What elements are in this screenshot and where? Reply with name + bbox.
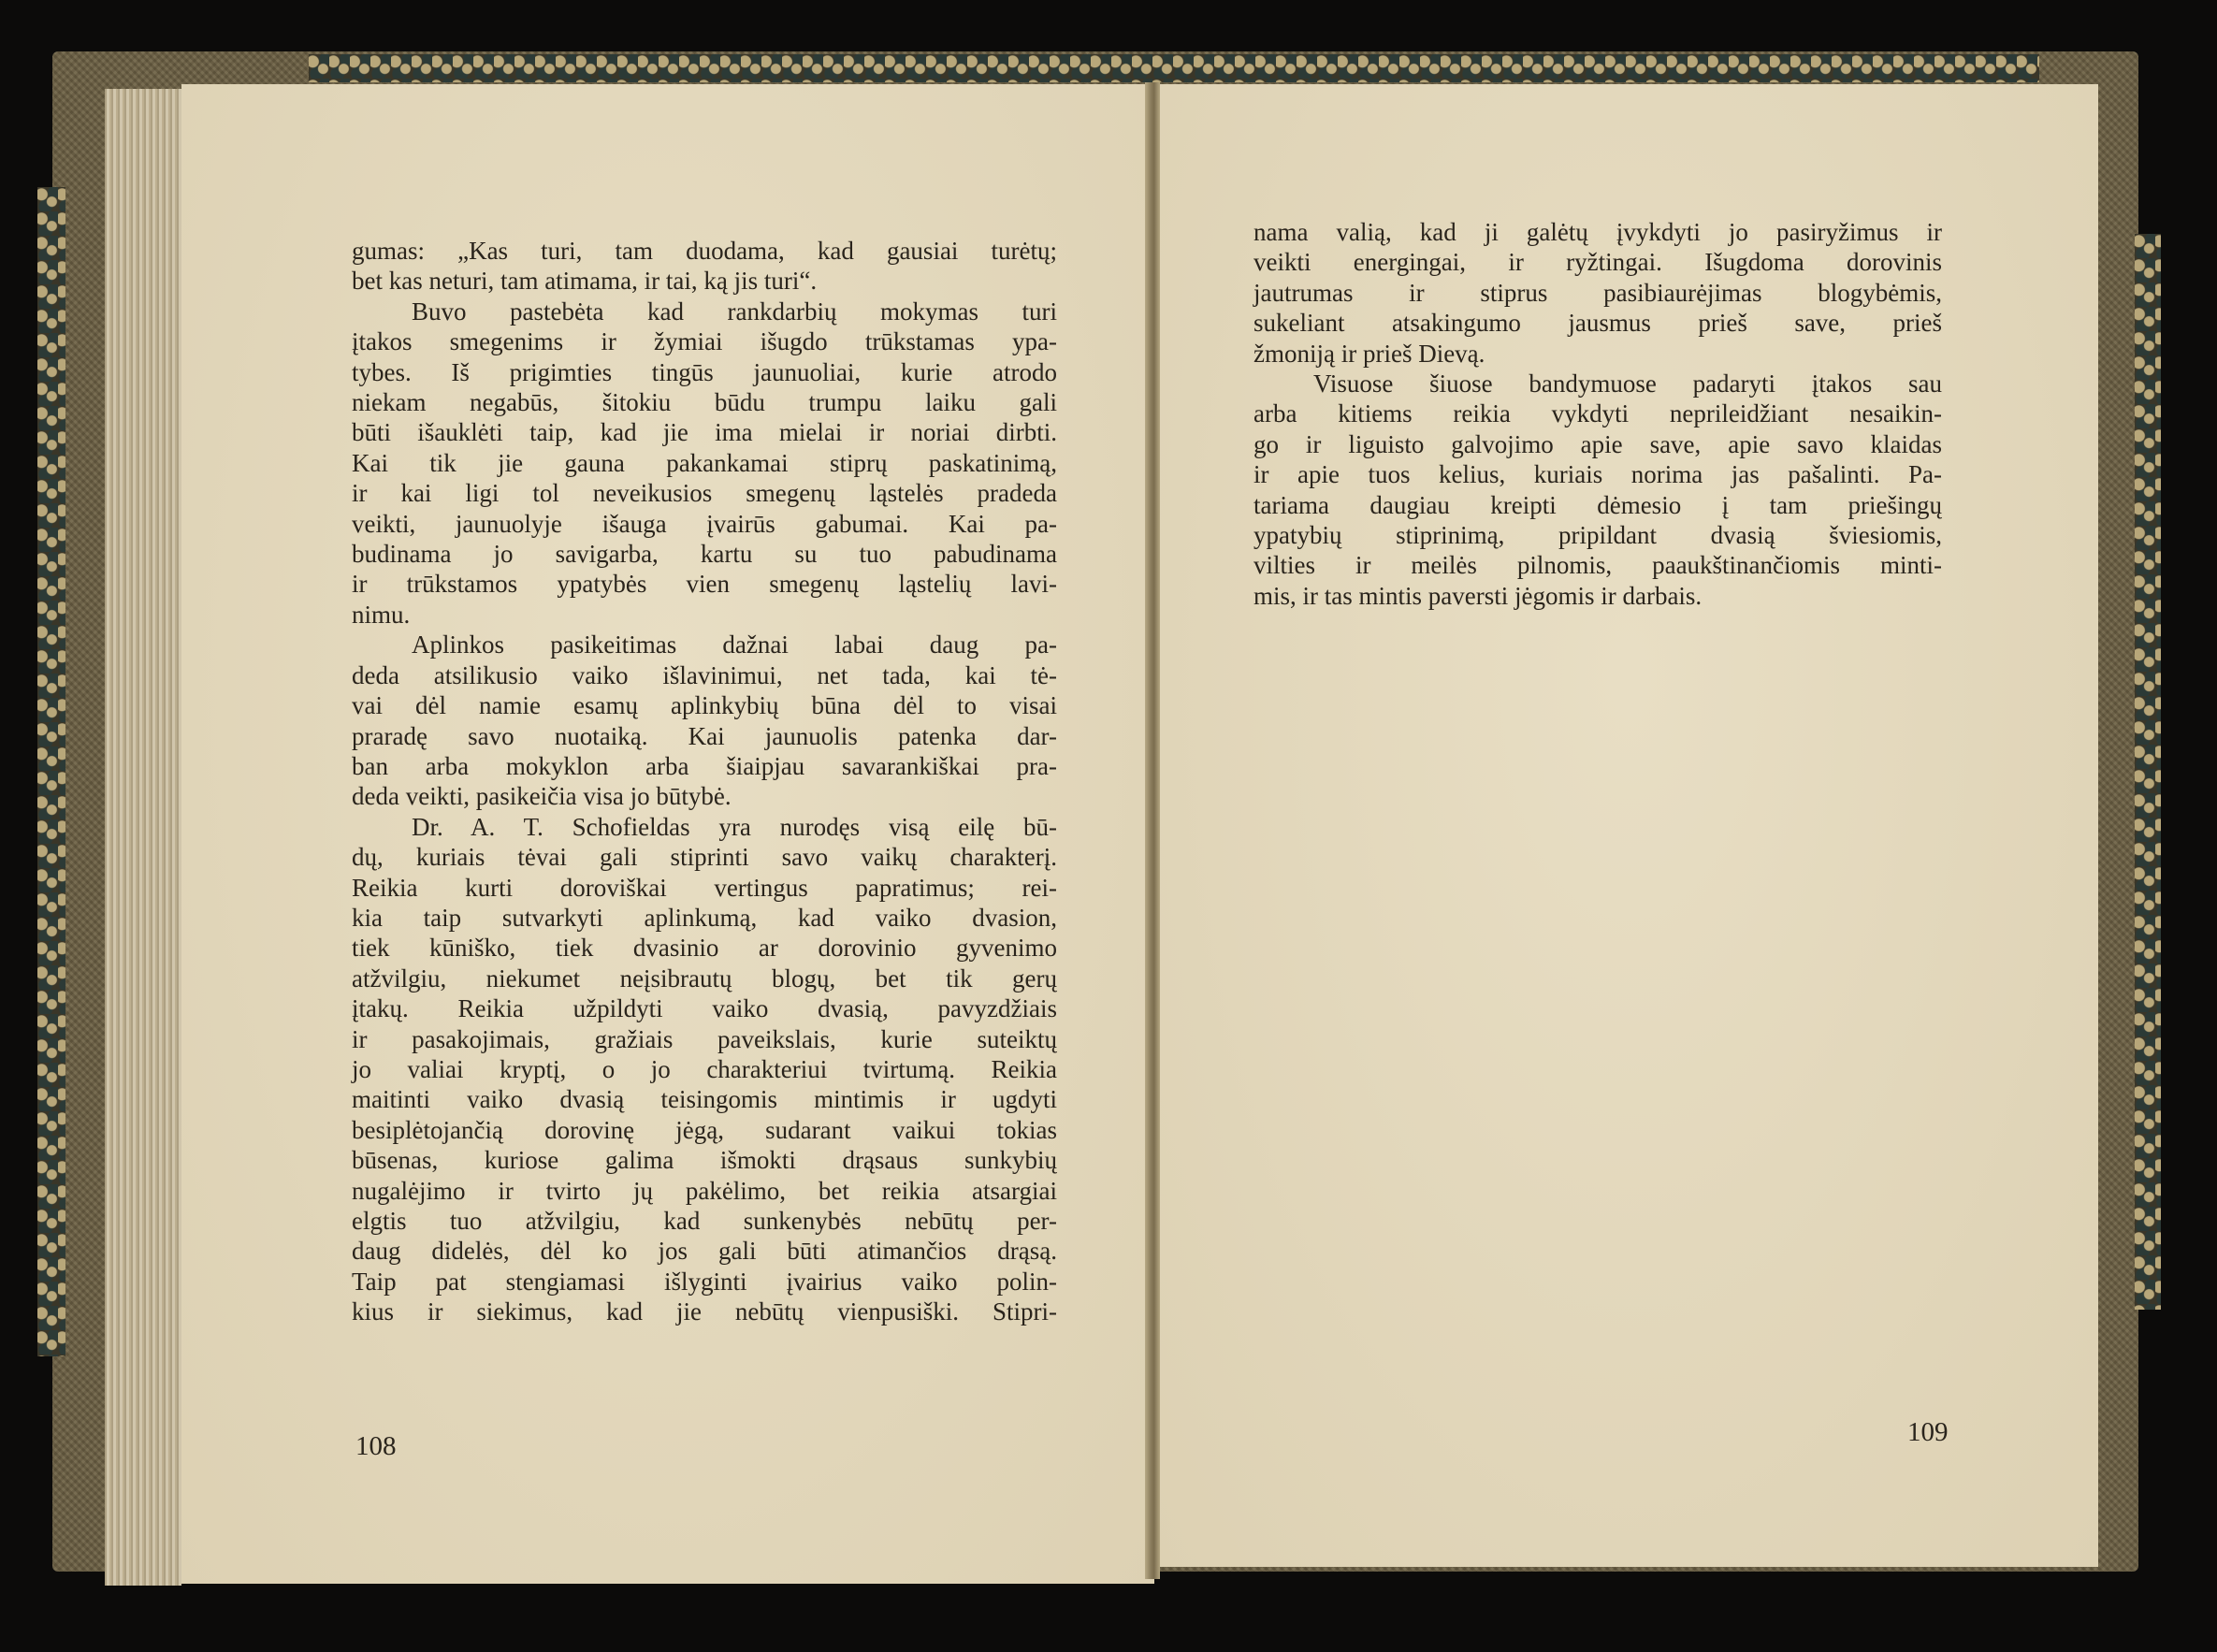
text-line: budinama jo savigarba, kartu su tuo pabu… — [352, 539, 1057, 569]
text-line: Kai tik jie gauna pakankamai stiprų pask… — [352, 448, 1057, 478]
text-line: maitinti vaiko dvasią teisingomis mintim… — [352, 1084, 1057, 1114]
text-line: kius ir siekimus, kad jie nebūtų vienpus… — [352, 1297, 1057, 1326]
text-line: ir trūkstamos ypatybės vien smegenų ląst… — [352, 569, 1057, 599]
text-line: ir apie tuos kelius, kuriais norima jas … — [1253, 459, 1942, 489]
text-line: daug didelės, dėl ko jos gali būti atima… — [352, 1236, 1057, 1266]
text-line: nugalėjimo ir tvirto jų pakėlimo, bet re… — [352, 1176, 1057, 1206]
right-page-text: nama valią, kad ji galėtų įvykdyti jo pa… — [1253, 217, 1942, 611]
text-line: įtakos smegenims ir žymiai išugdo trūkst… — [352, 326, 1057, 356]
text-line: Reikia kurti doroviškai vertingus paprat… — [352, 873, 1057, 903]
text-line: atžvilgiu, niekumet neįsibrautų blogų, b… — [352, 964, 1057, 993]
text-line: deda veikti, pasikeičia visa jo būtybė. — [352, 781, 1057, 811]
text-line: mis, ir tas mintis paversti jėgomis ir d… — [1253, 581, 1942, 611]
text-line: niekam negabūs, šitokiu būdu trumpu laik… — [352, 387, 1057, 417]
text-line: žmoniją ir prieš Dievą. — [1253, 339, 1942, 369]
text-line: vilties ir meilės pilnomis, paaukštinanč… — [1253, 550, 1942, 580]
book-gutter — [1145, 82, 1160, 1579]
text-line: Visuose šiuose bandymuose padaryti įtako… — [1253, 369, 1942, 399]
text-line: kia taip sutvarkyti aplinkumą, kad vaiko… — [352, 903, 1057, 933]
text-line: Taip pat stengiamasi išlyginti įvairius … — [352, 1267, 1057, 1297]
marbled-board-left — [37, 187, 65, 1356]
text-line: ypatybių stiprinimą, pripildant dvasią š… — [1253, 520, 1942, 550]
text-line: įtakų. Reikia užpildyti vaiko dvasią, pa… — [352, 993, 1057, 1023]
text-line: elgtis tuo atžvilgiu, kad sunkenybės neb… — [352, 1206, 1057, 1236]
text-line: ban arba mokyklon arba šiaipjau savarank… — [352, 751, 1057, 781]
left-page-number: 108 — [355, 1431, 397, 1462]
text-line: jautrumas ir stiprus pasibiaurėjimas blo… — [1253, 278, 1942, 308]
text-line: nama valią, kad ji galėtų įvykdyti jo pa… — [1253, 217, 1942, 247]
text-line: tybes. Iš prigimties tingūs jaunuoliai, … — [352, 357, 1057, 387]
text-line: go ir liguisto galvojimo apie save, apie… — [1253, 429, 1942, 459]
text-line: veikti energingai, ir ryžtingai. Išugdom… — [1253, 247, 1942, 277]
right-page: nama valią, kad ji galėtų įvykdyti jo pa… — [1160, 84, 2098, 1567]
text-line: Buvo pastebėta kad rankdarbių mokymas tu… — [352, 297, 1057, 326]
text-line: jo valiai kryptį, o jo charakteriui tvir… — [352, 1054, 1057, 1084]
text-line: gumas: „Kas turi, tam duodama, kad gausi… — [352, 236, 1057, 266]
page-edges-stack — [105, 89, 181, 1586]
text-line: Dr. A. T. Schofieldas yra nurodęs visą e… — [352, 812, 1057, 842]
text-line: vai dėl namie esamų aplinkybių būna dėl … — [352, 690, 1057, 720]
text-line: ir pasakojimais, gražiais paveikslais, k… — [352, 1024, 1057, 1054]
right-page-number: 109 — [1907, 1417, 1949, 1448]
text-line: dų, kuriais tėvai gali stiprinti savo va… — [352, 842, 1057, 872]
text-line: ir kai ligi tol neveikusios smegenų ląst… — [352, 478, 1057, 508]
text-line: veikti, jaunuolyje išauga įvairūs gabuma… — [352, 509, 1057, 539]
text-line: būti išauklėti taip, kad jie ima mielai … — [352, 417, 1057, 447]
text-line: nimu. — [352, 600, 1057, 630]
left-page-text: gumas: „Kas turi, tam duodama, kad gausi… — [352, 236, 1057, 1327]
text-line: bet kas neturi, tam atimama, ir tai, ką … — [352, 266, 1057, 296]
marbled-board-top — [309, 54, 2039, 82]
text-line: besiplėtojančią dorovinę jėgą, sudarant … — [352, 1115, 1057, 1145]
text-line: arba kitiems reikia vykdyti neprileidžia… — [1253, 399, 1942, 428]
left-page: gumas: „Kas turi, tam duodama, kad gausi… — [181, 84, 1154, 1584]
text-line: Aplinkos pasikeitimas dažnai labai daug … — [352, 630, 1057, 659]
text-line: tariama daugiau kreipti dėmesio į tam pr… — [1253, 490, 1942, 520]
marbled-board-right — [2135, 234, 2161, 1310]
text-line: būsenas, kuriose galima išmokti drąsaus … — [352, 1145, 1057, 1175]
text-line: sukeliant atsakingumo jausmus prieš save… — [1253, 308, 1942, 338]
text-line: deda atsilikusio vaiko išlavinimui, net … — [352, 660, 1057, 690]
text-line: praradę savo nuotaiką. Kai jaunuolis pat… — [352, 721, 1057, 751]
text-line: tiek kūniško, tiek dvasinio ar dorovinio… — [352, 933, 1057, 963]
